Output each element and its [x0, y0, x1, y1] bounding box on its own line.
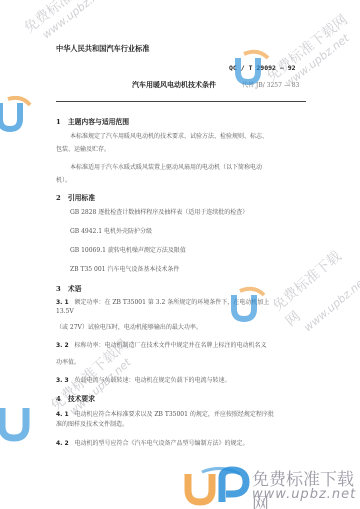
section-3-heading: 3 术语: [56, 283, 81, 293]
reference-item: GB 2828 逐批检查计数抽样程序及抽样表（适用于连续批的检查）: [70, 208, 248, 218]
clause-3-3: 3. 3 负载电流与负载转速：电动机在规定负载下的电流与转速。: [56, 376, 230, 386]
watermark-bottom-logo: [182, 466, 252, 509]
section-title: 术语: [68, 285, 82, 293]
clause-text: 负载电流与负载转速：电动机在规定负载下的电流与转速。: [74, 377, 230, 384]
watermark-name: 免费标准下载网: [262, 10, 352, 86]
section-number: 2: [56, 194, 61, 202]
clause-number: 3. 1: [56, 299, 69, 306]
reference-item: GB 10069.1 旋转电机噪声测定方法及限值: [70, 246, 186, 256]
clause-line: 功率值。: [56, 358, 80, 368]
document-title: 汽车用暖风电动机技术条件: [132, 80, 216, 90]
section-number: 4: [56, 395, 61, 403]
watermark-name: 免费标准下载网: [268, 241, 360, 331]
watermark-url: www.upbz.net: [40, 0, 117, 41]
clause-text: 额定功率：在 ZB T35001 第 3.2 条所规定的环境条件下，在电动机加上: [74, 299, 269, 306]
watermark-site-url: www.upbz.net: [252, 487, 356, 502]
upbz-logo-icon: [0, 400, 34, 444]
reference-item: GB 4942.1 电机外壳防护分级: [70, 227, 152, 237]
clause-line: 13.5V: [56, 307, 74, 317]
clause-text: 标称功率：电动机制造厂在技术文件中规定并在名牌上标注的电动机名义: [74, 342, 266, 349]
standard-code: QC / T 29092 — 92: [229, 64, 296, 72]
upbz-logo-icon: [0, 95, 34, 135]
clause-number: 4. 2: [56, 440, 69, 447]
section-4-heading: 4 技术要求: [56, 393, 95, 403]
upbz-logo-icon: [182, 466, 252, 506]
clause-line: （或 27V）试验电压时，电动机能够输出的最大功率。: [56, 323, 202, 333]
clause-3-2: 3. 2 标称功率：电动机制造厂在技术文件中规定并在名牌上标注的电动机名义: [56, 341, 266, 351]
clause-number: 3. 2: [56, 342, 69, 349]
paragraph-line: 本标准规定了汽车用暖风电动机的技术要求、试验方法、检验规则、标志、: [70, 132, 268, 142]
watermark-name: 免费标准下载网: [20, 0, 110, 37]
section-title: 引用标准: [68, 194, 95, 202]
watermark-mid-right: 免费标准下载网 www.upbz.net: [268, 241, 360, 341]
clause-text: 电动机应符合本标准要求以及 ZB T35001 的规定，并应按照经规定程序批: [74, 411, 273, 418]
paragraph-line: 机）。: [56, 176, 71, 186]
replaces-standard: 代替 JB/ 3257 — 83: [242, 80, 299, 89]
section-title: 主题内容与适用范围: [68, 118, 129, 126]
section-number: 1: [56, 118, 61, 126]
clause-4-2: 4. 2 电动机的型号应符合《汽车电气设备产品型号编制方法》的规定。: [56, 439, 248, 449]
clause-number: 4. 1: [56, 411, 69, 418]
section-2-heading: 2 引用标准: [56, 192, 95, 202]
watermark-url: www.upbz.net: [301, 272, 360, 335]
issuing-organization: 中华人民共和国汽车行业标准: [56, 44, 149, 54]
section-title: 技术要求: [68, 395, 95, 403]
section-number: 3: [56, 285, 61, 293]
watermark-site-name: 免费标准下载网: [252, 465, 360, 509]
clause-text: 电动机的型号应符合《汽车电气设备产品型号编制方法》的规定。: [74, 440, 248, 447]
header-divider: [56, 101, 306, 102]
clause-4-1: 4. 1 电动机应符合本标准要求以及 ZB T35001 的规定，并应按照经规定…: [56, 410, 274, 420]
clause-number: 3. 3: [56, 377, 69, 384]
section-1-heading: 1 主题内容与适用范围: [56, 116, 129, 126]
watermark-top-left: 免费标准下载网 www.upbz.net: [0, 0, 117, 66]
clause-3-1: 3. 1 额定功率：在 ZB T35001 第 3.2 条所规定的环境条件下，在…: [56, 298, 269, 308]
paragraph-line: 包装、运输及贮存。: [56, 145, 110, 155]
clause-line: 准的图样及技术文件制造。: [56, 420, 128, 430]
reference-item: ZB T35 001 汽车电气设备基本技术条件: [70, 265, 179, 275]
paragraph-line: 本标准适用于汽车水暖式暖风装置上驱动风扇用的电动机（以下简称电动: [70, 163, 262, 173]
